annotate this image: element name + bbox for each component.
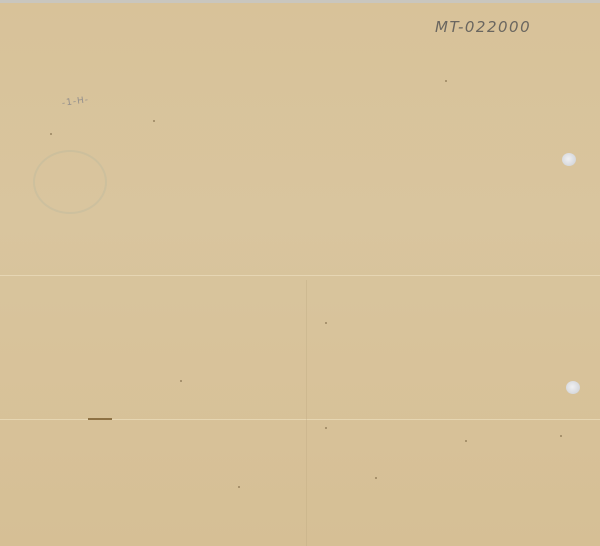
paper-speck	[238, 486, 240, 488]
faint-stamp-bleedthrough	[33, 150, 107, 214]
paper-speck	[153, 120, 155, 122]
paper-speck	[445, 80, 447, 82]
handwritten-document-id: MT-022000	[435, 18, 531, 36]
paper-speck	[560, 435, 562, 437]
paper-speck	[375, 477, 377, 479]
fold-line-horizontal-upper	[0, 275, 600, 276]
paper-speck	[325, 322, 327, 324]
paper-speck	[465, 440, 467, 442]
ink-dash-mark	[88, 418, 112, 420]
punch-hole-top	[562, 153, 576, 166]
fold-line-vertical	[306, 280, 307, 546]
punch-hole-bottom	[566, 381, 580, 394]
scan-top-edge	[0, 0, 600, 3]
paper-speck	[325, 427, 327, 429]
pencil-annotation: -1-H-	[61, 95, 89, 109]
paper-speck	[180, 380, 182, 382]
paper-speck	[50, 133, 52, 135]
document-page: MT-022000 -1-H-	[0, 0, 600, 546]
